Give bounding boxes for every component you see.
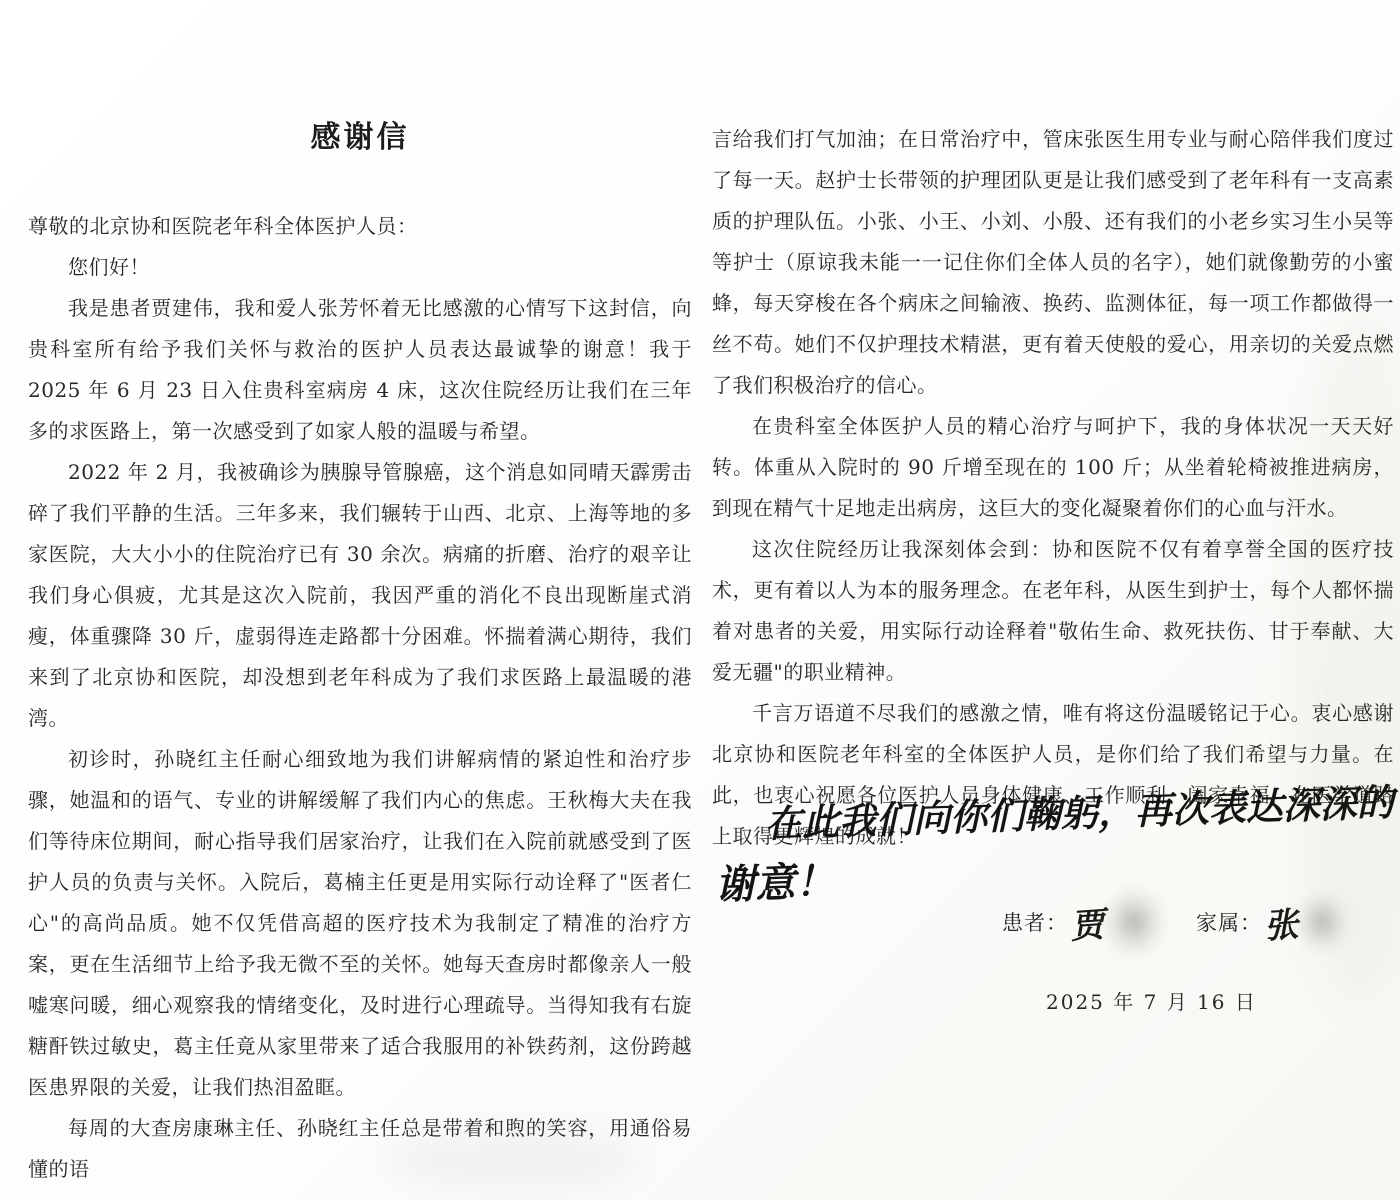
paragraph-ward-round-partial: 每周的大查房康琳主任、孙晓红主任总是带着和煦的笑容，用通俗易懂的语 — [28, 1108, 692, 1190]
family-signature-blur — [1296, 892, 1348, 952]
letter-date-row: 2025 年 7 月 16 日 — [712, 986, 1394, 1015]
patient-signature: 贾 — [1068, 896, 1105, 947]
family-label: 家属： — [1196, 907, 1262, 937]
paragraph-recovery: 在贵科室全体医护人员的精心治疗与呵护下，我的身体状况一天天好转。体重从入院时的 … — [712, 406, 1394, 529]
paragraph-nurses-continuation: 言给我们打气加油；在日常治疗中，管床张医生用专业与耐心陪伴我们度过了每一天。赵护… — [712, 119, 1394, 406]
letter-date: 2025 年 7 月 16 日 — [1046, 990, 1257, 1014]
paragraph-gratitude: 千言万语道不尽我们的感激之情，唯有将这份温暖铭记于心。衷心感谢北京协和医院老年科… — [712, 693, 1394, 857]
paragraph-doctors: 初诊时，孙晓红主任耐心细致地为我们讲解病情的紧迫性和治疗步骤，她温和的语气、专业… — [28, 739, 692, 1108]
paragraph-greeting: 您们好！ — [28, 247, 692, 288]
family-signature-group: 家属： 张 — [1196, 892, 1352, 952]
paragraph-intro: 我是患者贾建伟，我和爱人张芳怀着无比感激的心情写下这封信，向贵科室所有给予我们关… — [28, 288, 692, 452]
letter-title: 感谢信 — [28, 112, 692, 156]
paragraph-reflection: 这次住院经历让我深刻体会到：协和医院不仅有着享誉全国的医疗技术，更有着以人为本的… — [712, 529, 1394, 693]
left-column: 感谢信 尊敬的北京协和医院老年科全体医护人员： 您们好！ 我是患者贾建伟，我和爱… — [28, 112, 692, 1190]
patient-label: 患者： — [1002, 907, 1068, 937]
signature-row: 患者： 贾 家属： 张 — [1002, 886, 1352, 958]
patient-signature-blur — [1102, 886, 1166, 958]
letter-page: 感谢信 尊敬的北京协和医院老年科全体医护人员： 您们好！ 我是患者贾建伟，我和爱… — [0, 0, 1400, 1200]
paragraph-diagnosis: 2022 年 2 月，我被确诊为胰腺导管腺癌，这个消息如同晴天霹雳击碎了我们平静… — [28, 452, 692, 739]
salutation: 尊敬的北京协和医院老年科全体医护人员： — [28, 206, 692, 247]
family-signature: 张 — [1262, 896, 1299, 947]
right-column: 言给我们打气加油；在日常治疗中，管床张医生用专业与耐心陪伴我们度过了每一天。赵护… — [712, 119, 1394, 857]
